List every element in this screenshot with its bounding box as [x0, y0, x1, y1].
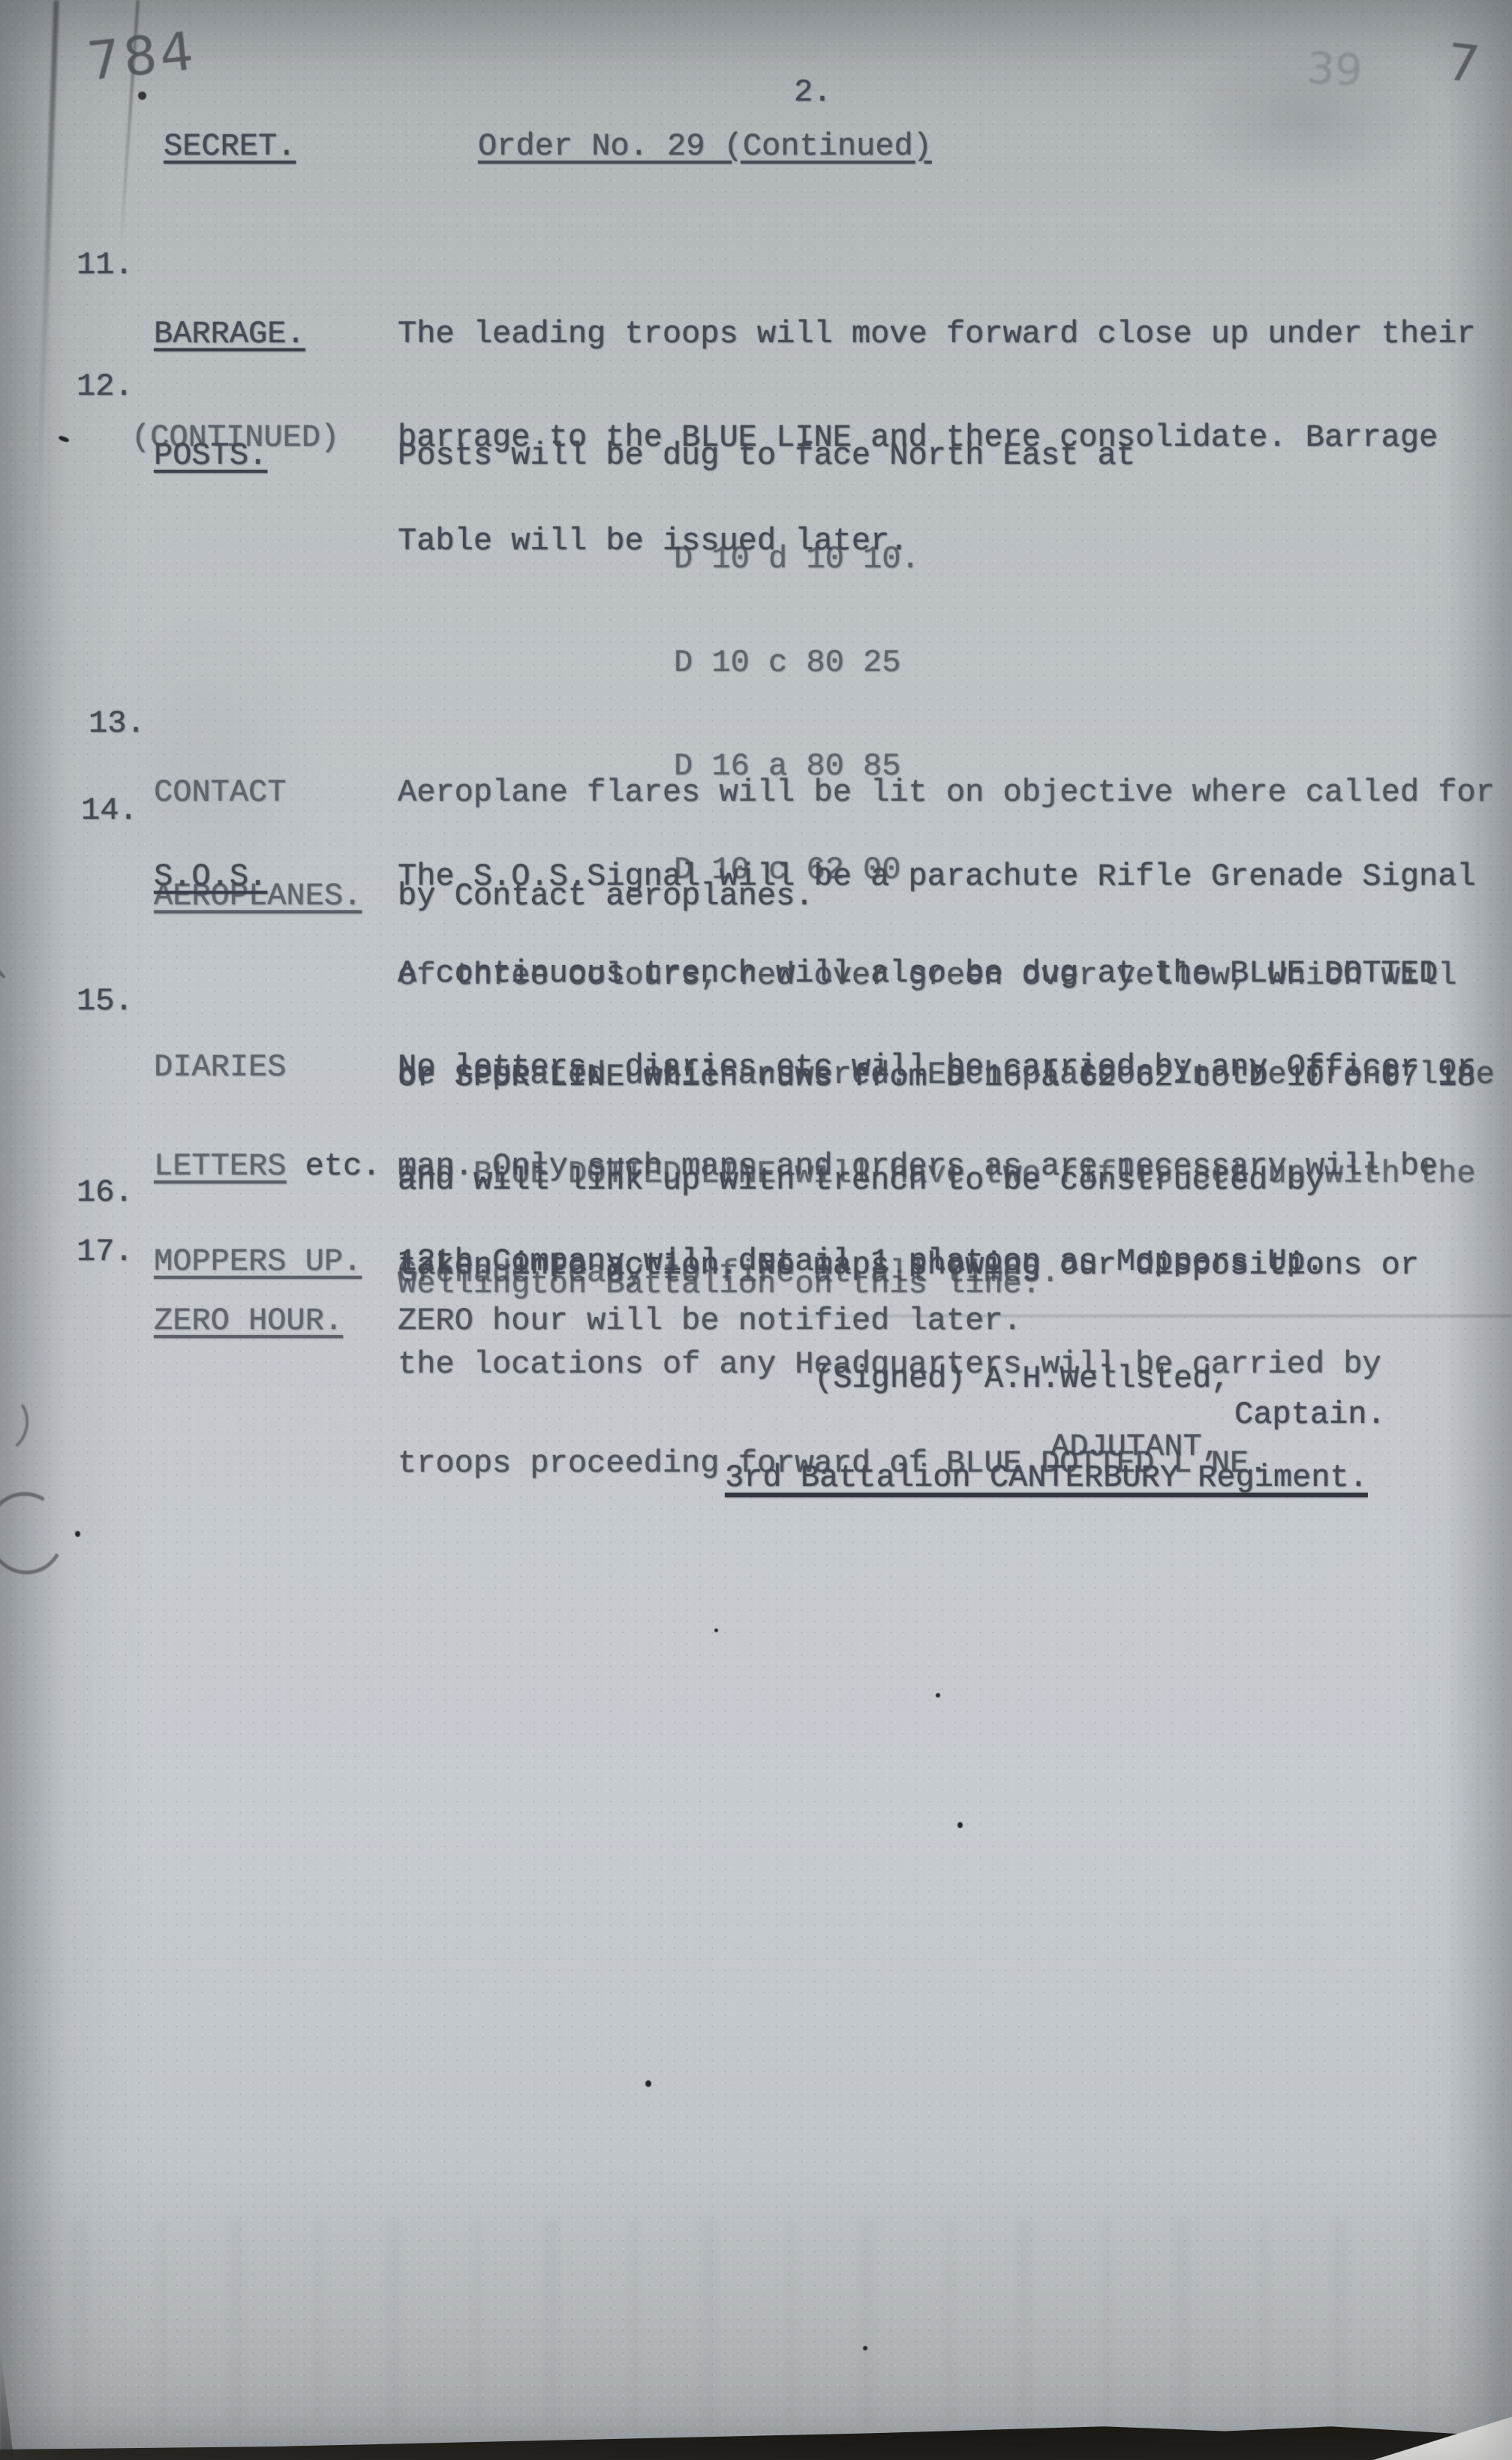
document-title: Order No. 29 (Continued) [478, 129, 932, 164]
scanned-document-page: 784 39 7 2. SECRET. Order No. 29 (Contin… [0, 0, 1512, 2460]
handwritten-number-784: 784 [84, 20, 199, 93]
map-coordinate: D 10 c 80 25 [674, 645, 1476, 680]
item-number: 16. [77, 1175, 134, 1210]
ink-speck [75, 1531, 80, 1537]
order-item-12: 12. POSTS. Posts will be dug to face Nor… [0, 369, 1512, 542]
page-number: 2. [794, 75, 831, 110]
item-number: 12. [77, 369, 134, 404]
map-coordinate: D 10 d 10 10. [674, 542, 1476, 576]
item-number: 11. [77, 248, 134, 282]
stain-top-right [1171, 45, 1441, 195]
handwritten-faint-mark: 39 [1306, 42, 1363, 96]
ink-speck [863, 2346, 867, 2350]
ink-speck [645, 2080, 651, 2087]
item-label: ZERO HOUR. [154, 1235, 343, 1407]
item-label: POSTS. [154, 369, 267, 542]
item-number: 15. [77, 985, 134, 1018]
pencil-ring-mark [0, 1484, 74, 1583]
item-number: 13. [89, 706, 146, 741]
bottom-streaks [0, 2218, 1512, 2428]
order-item-15: 15. DIARIES LETTERS etc. No letters, dia… [0, 985, 1512, 1150]
classification-label: SECRET. [164, 129, 296, 164]
signature-rank: Captain. [1234, 1397, 1386, 1432]
ink-dot [138, 92, 146, 100]
signature-signed-line: (Signed) A.H.Wellsted, [814, 1361, 1231, 1396]
item-number: 14. [81, 794, 138, 827]
item-label: S.O.S. [154, 794, 267, 959]
ink-speck [936, 1693, 940, 1698]
handwritten-number-7: 7 [1443, 33, 1483, 96]
order-item-17: 17. ZERO HOUR. ZERO hour will be notifie… [0, 1235, 1512, 1407]
ink-speck [714, 1628, 718, 1632]
signature-unit: 3rd Battalion CANTERBURY Regiment. [725, 1460, 1368, 1495]
order-item-14: 14. S.O.S. The S.O.S.Signal will be a pa… [0, 794, 1512, 959]
item-number: 17. [77, 1235, 134, 1269]
ink-speck [957, 1822, 963, 1828]
